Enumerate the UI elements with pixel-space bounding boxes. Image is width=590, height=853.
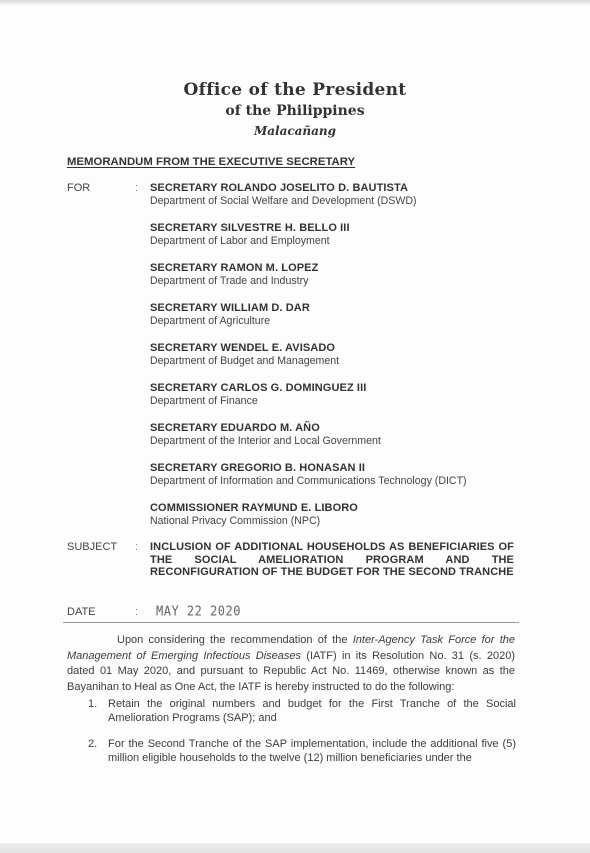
recipient-department: Department of Information and Communicat… [150,475,530,488]
recipient-name: SECRETARY SILVESTRE H. BELLO III [150,222,530,235]
intro-paragraph: Upon considering the recommendation of t… [67,633,515,695]
letterhead-place: Malacañang [0,124,590,138]
letterhead-office: Office of the President [0,80,590,100]
recipient-name: SECRETARY ROLANDO JOSELITO D. BAUTISTA [150,182,530,195]
recipient-department: National Privacy Commission (NPC) [150,515,530,528]
recipient: SECRETARY CARLOS G. DOMINGUEZ III Depart… [150,382,530,422]
recipient-department: Department of Agriculture [150,315,530,328]
instruction-list: 1. Retain the original numbers and budge… [88,698,516,778]
recipient-name: SECRETARY GREGORIO B. HONASAN II [150,462,530,475]
date-stamp: MAY 22 2020 [156,603,241,618]
subject-label: SUBJECT [67,541,117,553]
list-item: 2. For the Second Tranche of the SAP imp… [88,738,516,765]
recipient: SECRETARY ROLANDO JOSELITO D. BAUTISTA D… [150,182,530,222]
recipient-name: SECRETARY CARLOS G. DOMINGUEZ III [150,382,530,395]
list-number: 1. [88,698,97,712]
list-number: 2. [88,738,97,752]
recipient-name: SECRETARY RAMON M. LOPEZ [150,262,530,275]
recipient-department: Department of Trade and Industry [150,275,530,288]
recipient: SECRETARY GREGORIO B. HONASAN II Departm… [150,462,530,502]
recipient-name: SECRETARY WENDEL E. AVISADO [150,342,530,355]
date-divider [63,622,519,623]
recipient-name: SECRETARY WILLIAM D. DAR [150,302,530,315]
recipient-department: Department of Budget and Management [150,355,530,368]
recipient-department: Department of Social Welfare and Develop… [150,195,530,208]
recipient: SECRETARY WILLIAM D. DAR Department of A… [150,302,530,342]
intro-text: Upon considering the recommendation of t… [117,634,353,646]
recipient: COMMISSIONER RAYMUND E. LIBORO National … [150,502,530,542]
recipient-list: SECRETARY ROLANDO JOSELITO D. BAUTISTA D… [150,182,530,542]
viewer-bottom-bar [0,843,590,853]
date-label: DATE [67,606,96,618]
viewer-top-shadow [0,0,590,6]
recipient-department: Department of Labor and Employment [150,235,530,248]
list-text: Retain the original numbers and budget f… [108,698,516,724]
recipient-name: COMMISSIONER RAYMUND E. LIBORO [150,502,530,515]
letterhead-country: of the Philippines [0,103,590,119]
recipient-department: Department of the Interior and Local Gov… [150,435,530,448]
recipient: SECRETARY RAMON M. LOPEZ Department of T… [150,262,530,302]
list-item: 1. Retain the original numbers and budge… [88,698,516,725]
memo-title: MEMORANDUM FROM THE EXECUTIVE SECRETARY [67,156,355,168]
recipient-name: SECRETARY EDUARDO M. AÑO [150,422,530,435]
subject-colon: : [135,541,138,553]
date-colon: : [135,606,138,618]
for-colon: : [135,182,138,194]
for-label: FOR [67,182,90,194]
recipient: SECRETARY WENDEL E. AVISADO Department o… [150,342,530,382]
recipient: SECRETARY EDUARDO M. AÑO Department of t… [150,422,530,462]
subject-text: INCLUSION OF ADDITIONAL HOUSEHOLDS AS BE… [150,541,514,579]
recipient-department: Department of Finance [150,395,530,408]
recipient: SECRETARY SILVESTRE H. BELLO III Departm… [150,222,530,262]
list-text: For the Second Tranche of the SAP implem… [108,738,516,764]
